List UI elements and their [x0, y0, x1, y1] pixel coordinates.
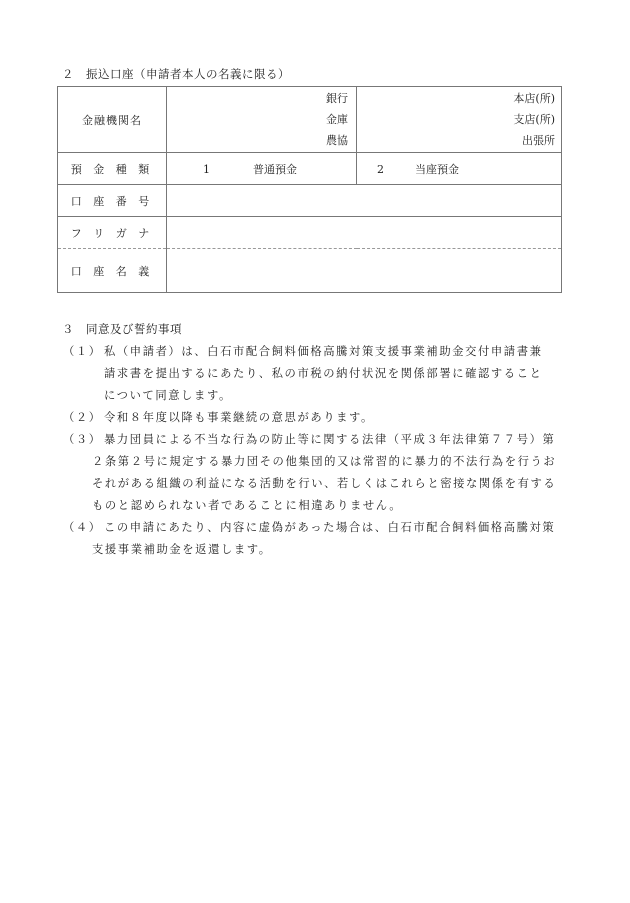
item-1-line-1: 私（申請者）は、白石市配合飼料価格高騰対策支援事業補助金交付申請書兼	[104, 343, 543, 359]
item-3-line-3: それがある組織の利益になる活動を行い、若しくはこれらと密接な関係を有する	[92, 475, 556, 491]
option-text: 当座預金	[415, 163, 459, 176]
bank-type-bank[interactable]: 銀行	[326, 88, 348, 109]
item-2-marker: （２）	[63, 409, 102, 425]
deposit-option-ordinary[interactable]: 1普通預金	[167, 153, 357, 185]
furigana-field[interactable]	[167, 217, 562, 249]
item-3-line-4: ものと認められない者であることに相違ありません。	[92, 497, 402, 513]
option-number: 2	[377, 163, 415, 176]
item-4-line-1: この申請にあたり、内容に虚偽があった場合は、白石市配合飼料価格高騰対策	[104, 519, 555, 535]
bank-type-shinkin[interactable]: 金庫	[326, 109, 348, 130]
label-furigana: フ リ ガ ナ	[58, 217, 167, 249]
row-furigana: フ リ ガ ナ	[58, 217, 562, 249]
branch-type-branch[interactable]: 支店(所)	[513, 109, 555, 130]
item-3-marker: （３）	[63, 431, 102, 447]
item-2-line-1: 令和８年度以降も事業継続の意思があります。	[104, 409, 374, 425]
section-2-title: ２ 振込口座（申請者本人の名義に限る）	[62, 66, 290, 82]
branch-type-main[interactable]: 本店(所)	[513, 88, 555, 109]
label-account-holder: 口 座 名 義	[58, 249, 167, 293]
account-holder-field[interactable]	[167, 249, 562, 293]
label-account-number: 口 座 番 号	[58, 185, 167, 217]
item-1-line-2: 請求書を提出するにあたり、私の市税の納付状況を関係部署に確認すること	[104, 365, 543, 381]
item-1-line-3: について同意します。	[104, 387, 232, 403]
branch-name-field[interactable]: 本店(所) 支店(所) 出張所	[357, 87, 562, 153]
item-1-marker: （１）	[63, 343, 102, 359]
bank-account-table: 金融機関名 銀行 金庫 農協 本店(所) 支店(所) 出張所 預 金 種 類 1…	[57, 86, 562, 293]
item-3-line-2: ２条第２号に規定する暴力団その他集団的又は常習的に暴力的不法行為を行うお	[92, 453, 556, 469]
deposit-option-current[interactable]: 2当座預金	[357, 153, 562, 185]
option-text: 普通預金	[253, 163, 297, 176]
bank-type-nokyo[interactable]: 農協	[326, 130, 348, 151]
section-3-title: ３ 同意及び誓約事項	[62, 321, 182, 337]
label-deposit-type: 預 金 種 類	[58, 153, 167, 185]
bank-name-field[interactable]: 銀行 金庫 農協	[167, 87, 357, 153]
item-4-marker: （４）	[63, 519, 102, 535]
row-account-number: 口 座 番 号	[58, 185, 562, 217]
option-number: 1	[203, 163, 253, 176]
branch-type-office[interactable]: 出張所	[522, 130, 555, 151]
row-deposit-type: 預 金 種 類 1普通預金 2当座預金	[58, 153, 562, 185]
label-financial-institution: 金融機関名	[58, 87, 167, 153]
row-financial-institution: 金融機関名 銀行 金庫 農協 本店(所) 支店(所) 出張所	[58, 87, 562, 153]
row-account-holder: 口 座 名 義	[58, 249, 562, 293]
item-3-line-1: 暴力団員による不当な行為の防止等に関する法律（平成３年法律第７７号）第	[104, 431, 555, 447]
item-4-line-2: 支援事業補助金を返還します。	[92, 541, 272, 557]
account-number-field[interactable]	[167, 185, 562, 217]
